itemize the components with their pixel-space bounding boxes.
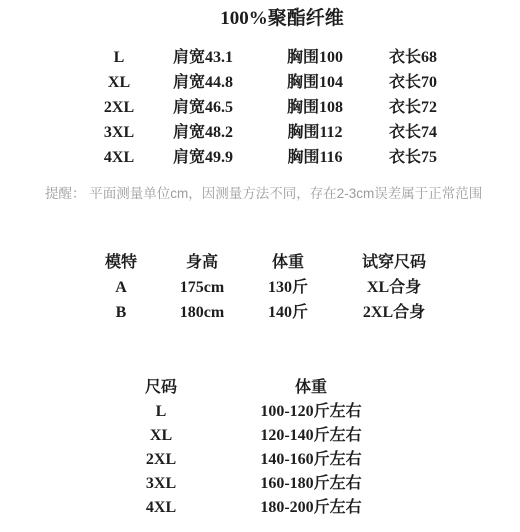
size-label: XL — [150, 424, 172, 448]
model-table: 模特 身高 体重 试穿尺码 A 175cm 130斤 XL合身 B 180cm … — [0, 250, 520, 325]
table-row: L 100-120斤左右 — [0, 400, 520, 424]
weight-header: 体重 — [272, 250, 304, 275]
weight-value: 140斤 — [268, 300, 308, 325]
size-chart-page: 100%聚酯纤维 L 肩宽43.1 胸围100 衣长68 XL 肩宽44.8 胸… — [0, 0, 520, 532]
table-row: 2XL 140-160斤左右 — [0, 448, 520, 472]
table-header-row: 模特 身高 体重 试穿尺码 — [0, 250, 520, 275]
table-header-row: 尺码 体重 — [0, 376, 520, 400]
chest-value: 胸围112 — [287, 120, 342, 145]
table-row: 4XL 肩宽49.9 胸围116 衣长75 — [0, 145, 520, 170]
length-value: 衣长75 — [389, 145, 437, 170]
reminder-text: 提醒： 平面测量单位cm，因测量方法不同，存在2-3cm误差属于正常范围 — [45, 186, 482, 202]
weight-range-value: 120-140斤左右 — [260, 424, 361, 448]
size-label: 3XL — [104, 120, 134, 145]
table-row: 3XL 肩宽48.2 胸围112 衣长74 — [0, 120, 520, 145]
table-row: XL 120-140斤左右 — [0, 424, 520, 448]
table-row: XL 肩宽44.8 胸围104 衣长70 — [0, 70, 520, 95]
length-value: 衣长68 — [389, 45, 437, 70]
weight-recommendation-table: 尺码 体重 L 100-120斤左右 XL 120-140斤左右 2XL 140… — [0, 376, 520, 520]
table-row: 2XL 肩宽46.5 胸围108 衣长72 — [0, 95, 520, 120]
height-value: 175cm — [180, 275, 224, 300]
weight-range-value: 180-200斤左右 — [260, 496, 361, 520]
chest-value: 胸围108 — [287, 95, 343, 120]
size-label: L — [114, 45, 125, 70]
length-value: 衣长70 — [389, 70, 437, 95]
table-row: L 肩宽43.1 胸围100 衣长68 — [0, 45, 520, 70]
weight-range-value: 160-180斤左右 — [260, 472, 361, 496]
weight-range-value: 140-160斤左右 — [260, 448, 361, 472]
height-header: 身高 — [186, 250, 218, 275]
shoulder-value: 肩宽48.2 — [173, 120, 233, 145]
shoulder-value: 肩宽44.8 — [173, 70, 233, 95]
size-label: 4XL — [146, 496, 176, 520]
size-label: 2XL — [146, 448, 176, 472]
length-value: 衣长74 — [389, 120, 437, 145]
chest-value: 胸围116 — [287, 145, 342, 170]
chest-value: 胸围100 — [287, 45, 343, 70]
length-value: 衣长72 — [389, 95, 437, 120]
table-row: A 175cm 130斤 XL合身 — [0, 275, 520, 300]
weight-header: 体重 — [295, 376, 327, 400]
measurement-table: L 肩宽43.1 胸围100 衣长68 XL 肩宽44.8 胸围104 衣长70… — [0, 45, 520, 170]
fit-header: 试穿尺码 — [362, 250, 426, 275]
table-row: B 180cm 140斤 2XL合身 — [0, 300, 520, 325]
weight-value: 130斤 — [268, 275, 308, 300]
chest-value: 胸围104 — [287, 70, 343, 95]
weight-range-value: 100-120斤左右 — [260, 400, 361, 424]
size-label: XL — [108, 70, 130, 95]
fit-value: 2XL合身 — [363, 300, 425, 325]
shoulder-value: 肩宽49.9 — [173, 145, 233, 170]
shoulder-value: 肩宽46.5 — [173, 95, 233, 120]
table-row: 4XL 180-200斤左右 — [0, 496, 520, 520]
size-header: 尺码 — [145, 376, 177, 400]
height-value: 180cm — [180, 300, 224, 325]
model-label: B — [116, 300, 127, 325]
size-label: 4XL — [104, 145, 134, 170]
shoulder-value: 肩宽43.1 — [173, 45, 233, 70]
model-header: 模特 — [105, 250, 137, 275]
size-label: 2XL — [104, 95, 134, 120]
page-title: 100%聚酯纤维 — [220, 6, 344, 31]
model-label: A — [115, 275, 127, 300]
size-label: 3XL — [146, 472, 176, 496]
fit-value: XL合身 — [367, 275, 421, 300]
size-label: L — [156, 400, 167, 424]
table-row: 3XL 160-180斤左右 — [0, 472, 520, 496]
